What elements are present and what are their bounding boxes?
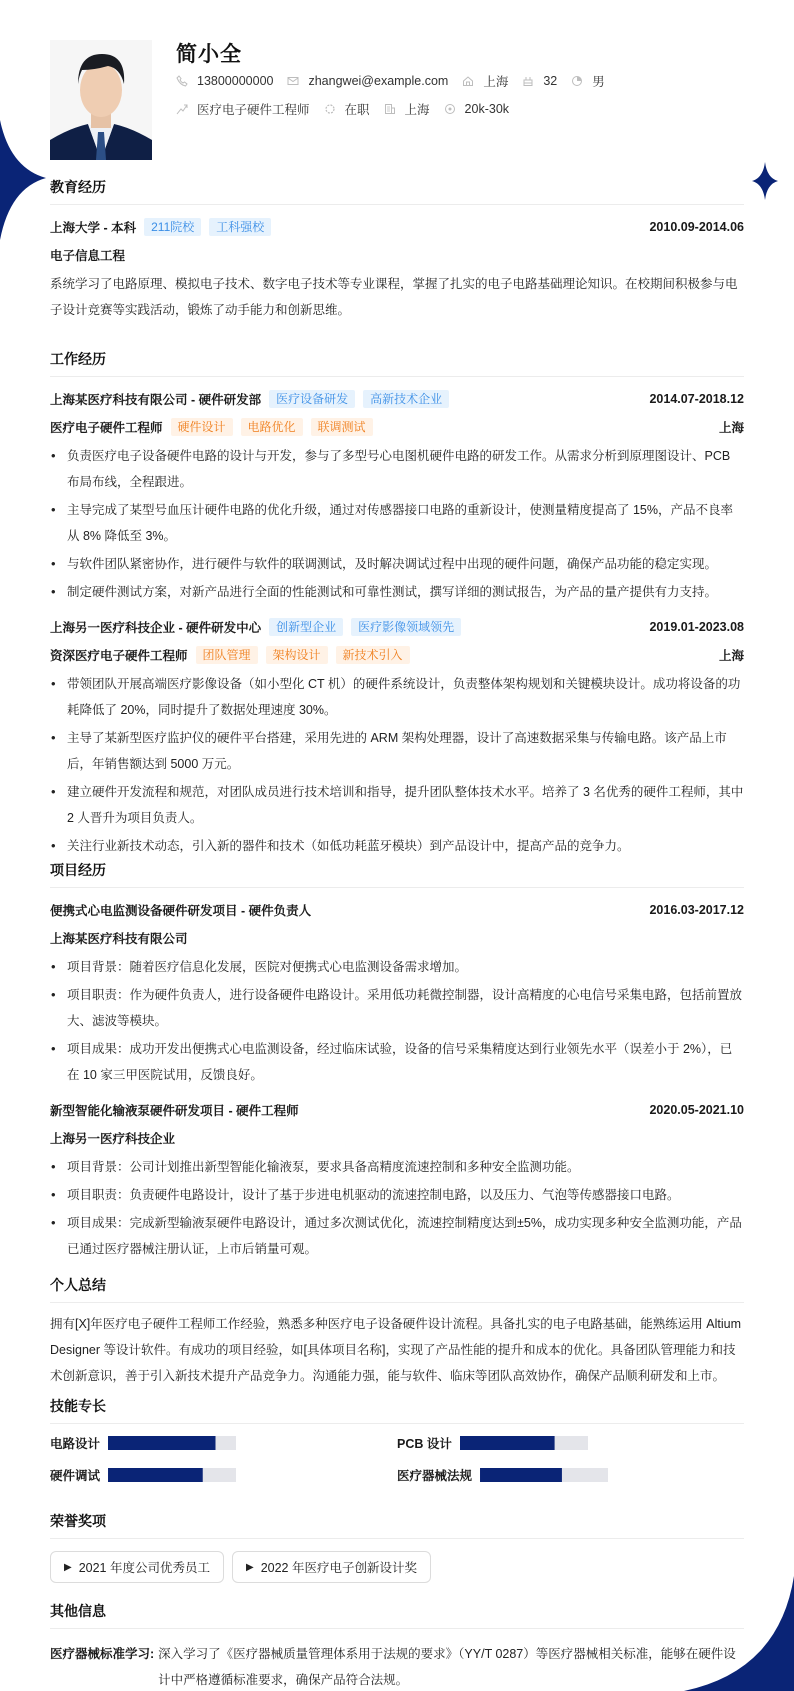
email-value: zhangwei@example.com [308, 74, 448, 88]
skills-section: 技能专长 电路设计 PCB 设计 硬件调试 医疗器械法规 [50, 1395, 744, 1484]
list-item: 项目成果：完成新型输液泵硬件电路设计，通过多次测试优化，流速控制精度达到±5%，… [50, 1210, 744, 1262]
phone-value: 13800000000 [197, 74, 273, 88]
skill-item: 电路设计 [50, 1434, 397, 1452]
contact-info-row: 13800000000 zhangwei@example.com 上海 32 男 [176, 72, 619, 90]
gender-value: 男 [592, 72, 605, 90]
school-name: 上海大学 - 本科 [50, 218, 136, 236]
calendar-icon [522, 75, 534, 87]
building-icon [384, 103, 396, 115]
skill-fill [108, 1436, 216, 1450]
work-city: 上海 [719, 646, 744, 664]
triangle-right-icon: ▶ [64, 1562, 72, 1573]
list-item: 建立硬件开发流程和规范，对团队成员进行技术培训和指导，提升团队整体技术水平。培养… [50, 779, 744, 831]
work-section: 工作经历 上海某医疗科技有限公司 - 硬件研发部 医疗设备研发 高新技术企业 2… [50, 348, 744, 861]
skill-label: 医疗器械法规 [397, 1466, 472, 1484]
other-section: 其他信息 医疗器械标准学习: 深入学习了《医疗器械质量管理体系用于法规的要求》（… [50, 1600, 744, 1691]
job-intent-row: 医疗电子硬件工程师 在职 上海 20k-30k [176, 100, 523, 118]
other-info-item: 医疗器械标准学习: 深入学习了《医疗器械质量管理体系用于法规的要求》（YY/T … [50, 1641, 744, 1691]
role-tag: 硬件设计 [171, 418, 233, 436]
section-title: 教育经历 [50, 176, 744, 198]
project-company: 上海某医疗科技有限公司 [50, 929, 188, 947]
section-divider [50, 887, 744, 888]
list-item: 主导完成了某型号血压计硬件电路的优化升级，通过对传感器接口电路的重新设计，使测量… [50, 497, 744, 549]
project-bullets: 项目背景：公司计划推出新型智能化输液泵，要求具备高精度流速控制和多种安全监测功能… [50, 1154, 744, 1262]
awards-list: ▶ 2021 年度公司优秀员工 ▶ 2022 年医疗电子创新设计奖 [50, 1551, 744, 1583]
target-city-item: 上海 [384, 100, 430, 118]
role-tag: 新技术引入 [336, 646, 410, 664]
other-info-label: 医疗器械标准学习: [50, 1641, 154, 1691]
awards-section: 荣誉奖项 ▶ 2021 年度公司优秀员工 ▶ 2022 年医疗电子创新设计奖 [50, 1510, 744, 1583]
skill-bar [480, 1468, 608, 1482]
gender-icon [571, 75, 583, 87]
work-bullets: 负责医疗电子设备硬件电路的设计与开发，参与了多型号心电图机硬件电路的研发工作。从… [50, 443, 744, 605]
location-value: 上海 [483, 72, 508, 90]
skill-label: 硬件调试 [50, 1466, 100, 1484]
project-date: 2016.03-2017.12 [649, 903, 744, 917]
salary-icon [444, 103, 456, 115]
summary-section: 个人总结 拥有[X]年医疗电子硬件工程师工作经验，熟悉多种医疗电子设备硬件设计流… [50, 1274, 744, 1389]
section-divider [50, 1423, 744, 1424]
other-info-text: 深入学习了《医疗器械质量管理体系用于法规的要求》（YY/T 0287）等医疗器械… [158, 1641, 744, 1691]
skill-item: PCB 设计 [397, 1434, 744, 1452]
work-city: 上海 [719, 418, 744, 436]
section-divider [50, 1538, 744, 1539]
skill-bar [460, 1436, 588, 1450]
project-company: 上海另一医疗科技企业 [50, 1129, 175, 1147]
education-entry: 上海大学 - 本科 211院校 工科强校 2010.09-2014.06 电子信… [50, 217, 744, 323]
skill-fill [460, 1436, 555, 1450]
job-role: 资深医疗电子硬件工程师 [50, 646, 188, 664]
list-item: 项目职责：负责硬件电路设计，设计了基于步进电机驱动的流速控制电路，以及压力、气泡… [50, 1182, 744, 1208]
company-tag: 高新技术企业 [363, 390, 449, 408]
award-label: 2022 年医疗电子创新设计奖 [261, 1558, 417, 1576]
company-name: 上海某医疗科技有限公司 - 硬件研发部 [50, 390, 261, 408]
list-item: 带领团队开展高端医疗影像设备（如小型化 CT 机）的硬件系统设计，负责整体架构规… [50, 671, 744, 723]
phone-item: 13800000000 [176, 74, 273, 88]
work-date: 2019.01-2023.08 [649, 620, 744, 634]
briefcase-icon [176, 103, 188, 115]
list-item: 项目背景：公司计划推出新型智能化输液泵，要求具备高精度流速控制和多种安全监测功能… [50, 1154, 744, 1180]
skill-fill [480, 1468, 562, 1482]
age-item: 32 [522, 74, 557, 88]
award-badge: ▶ 2021 年度公司优秀员工 [50, 1551, 224, 1583]
list-item: 负责医疗电子设备硬件电路的设计与开发，参与了多型号心电图机硬件电路的研发工作。从… [50, 443, 744, 495]
list-item: 关注行业新技术动态，引入新的器件和技术（如低功耗蓝牙模块）到产品设计中，提高产品… [50, 833, 744, 859]
phone-icon [176, 75, 188, 87]
resume-page: 简小全 13800000000 zhangwei@example.com 上海 … [50, 0, 744, 180]
skill-item: 医疗器械法规 [397, 1466, 744, 1484]
section-divider [50, 204, 744, 205]
status-item: 在职 [324, 100, 370, 118]
location-item: 上海 [462, 72, 508, 90]
salary-item: 20k-30k [444, 102, 509, 116]
role-tag: 联调测试 [311, 418, 373, 436]
company-tag: 医疗设备研发 [269, 390, 355, 408]
avatar [50, 40, 152, 160]
section-title: 个人总结 [50, 1274, 744, 1296]
home-icon [462, 75, 474, 87]
email-item: zhangwei@example.com [287, 74, 448, 88]
list-item: 与软件团队紧密协作，进行硬件与软件的联调测试，及时解决调试过程中出现的硬件问题，… [50, 551, 744, 577]
resume-header: 简小全 13800000000 zhangwei@example.com 上海 … [50, 0, 744, 180]
skill-bar [108, 1468, 236, 1482]
role-tag: 电路优化 [241, 418, 303, 436]
job-role: 医疗电子硬件工程师 [50, 418, 163, 436]
project-name: 新型智能化输液泵硬件研发项目 - 硬件工程师 [50, 1101, 299, 1119]
education-date: 2010.09-2014.06 [649, 220, 744, 234]
projects-section: 项目经历 便携式心电监测设备硬件研发项目 - 硬件负责人 2016.03-201… [50, 859, 744, 1264]
target-title-item: 医疗电子硬件工程师 [176, 100, 310, 118]
skill-item: 硬件调试 [50, 1466, 397, 1484]
section-title: 荣誉奖项 [50, 1510, 744, 1532]
status-value: 在职 [345, 100, 370, 118]
company-name: 上海另一医疗科技企业 - 硬件研发中心 [50, 618, 261, 636]
education-description: 系统学习了电路原理、模拟电子技术、数字电子技术等专业课程，掌握了扎实的电子电路基… [50, 271, 744, 323]
skills-grid: 电路设计 PCB 设计 硬件调试 医疗器械法规 [50, 1434, 744, 1484]
age-value: 32 [543, 74, 557, 88]
section-divider [50, 1302, 744, 1303]
work-bullets: 带领团队开展高端医疗影像设备（如小型化 CT 机）的硬件系统设计，负责整体架构规… [50, 671, 744, 859]
company-tag: 创新型企业 [269, 618, 343, 636]
project-entry: 新型智能化输液泵硬件研发项目 - 硬件工程师 2020.05-2021.10 上… [50, 1100, 744, 1262]
role-tag: 团队管理 [196, 646, 258, 664]
work-date: 2014.07-2018.12 [649, 392, 744, 406]
role-tag: 架构设计 [266, 646, 328, 664]
skill-label: PCB 设计 [397, 1434, 452, 1452]
salary-value: 20k-30k [465, 102, 509, 116]
triangle-right-icon: ▶ [246, 1562, 254, 1573]
skill-fill [108, 1468, 203, 1482]
award-label: 2021 年度公司优秀员工 [79, 1558, 210, 1576]
award-badge: ▶ 2022 年医疗电子创新设计奖 [232, 1551, 431, 1583]
section-divider [50, 1628, 744, 1629]
summary-text: 拥有[X]年医疗电子硬件工程师工作经验，熟悉多种医疗电子设备硬件设计流程。具备扎… [50, 1311, 744, 1389]
major: 电子信息工程 [50, 246, 125, 264]
section-title: 工作经历 [50, 348, 744, 370]
work-entry: 上海某医疗科技有限公司 - 硬件研发部 医疗设备研发 高新技术企业 2014.0… [50, 389, 744, 605]
school-tag: 工科强校 [209, 218, 271, 236]
project-date: 2020.05-2021.10 [649, 1103, 744, 1117]
project-entry: 便携式心电监测设备硬件研发项目 - 硬件负责人 2016.03-2017.12 … [50, 900, 744, 1088]
status-icon [324, 103, 336, 115]
skill-label: 电路设计 [50, 1434, 100, 1452]
section-title: 技能专长 [50, 1395, 744, 1417]
gender-item: 男 [571, 72, 605, 90]
list-item: 主导了某新型医疗监护仪的硬件平台搭建，采用先进的 ARM 架构处理器，设计了高速… [50, 725, 744, 777]
list-item: 项目成果：成功开发出便携式心电监测设备，经过临床试验，设备的信号采集精度达到行业… [50, 1036, 744, 1088]
project-bullets: 项目背景：随着医疗信息化发展，医院对便携式心电监测设备需求增加。 项目职责：作为… [50, 954, 744, 1088]
target-city-value: 上海 [405, 100, 430, 118]
project-name: 便携式心电监测设备硬件研发项目 - 硬件负责人 [50, 901, 311, 919]
section-divider [50, 376, 744, 377]
company-tag: 医疗影像领域领先 [351, 618, 461, 636]
candidate-name: 简小全 [176, 38, 242, 68]
education-section: 教育经历 上海大学 - 本科 211院校 工科强校 2010.09-2014.0… [50, 176, 744, 323]
target-title-value: 医疗电子硬件工程师 [197, 100, 310, 118]
sparkle-star-icon [752, 162, 778, 200]
work-entry: 上海另一医疗科技企业 - 硬件研发中心 创新型企业 医疗影像领域领先 2019.… [50, 617, 744, 859]
section-title: 其他信息 [50, 1600, 744, 1622]
list-item: 项目职责：作为硬件负责人，进行设备硬件电路设计。采用低功耗微控制器，设计高精度的… [50, 982, 744, 1034]
mail-icon [287, 75, 299, 87]
list-item: 项目背景：随着医疗信息化发展，医院对便携式心电监测设备需求增加。 [50, 954, 744, 980]
skill-bar [108, 1436, 236, 1450]
list-item: 制定硬件测试方案，对新产品进行全面的性能测试和可靠性测试，撰写详细的测试报告，为… [50, 579, 744, 605]
school-tag: 211院校 [144, 218, 201, 236]
section-title: 项目经历 [50, 859, 744, 881]
